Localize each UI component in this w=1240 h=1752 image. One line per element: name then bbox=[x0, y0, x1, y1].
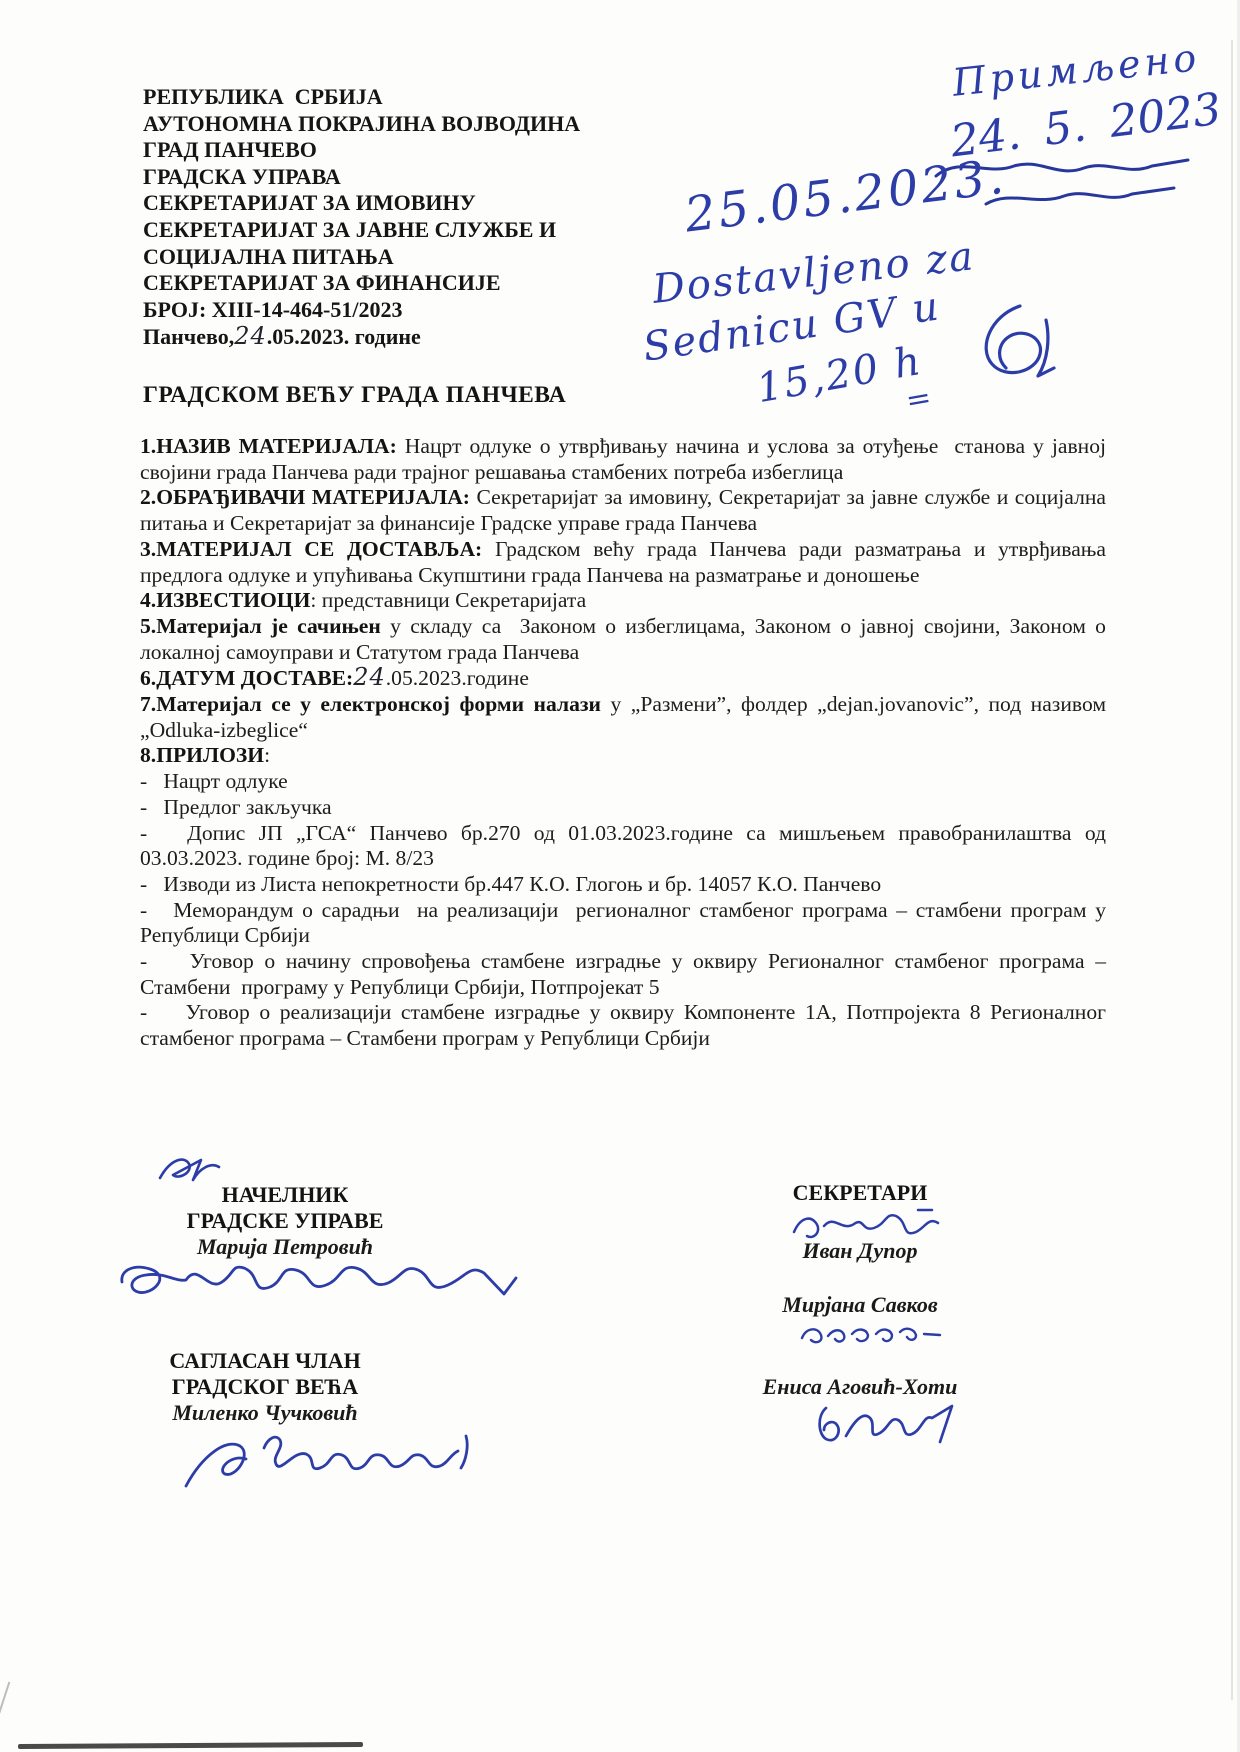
saglasan-title-1: САГЛАСАН ЧЛАН bbox=[130, 1348, 400, 1374]
body-item-7: 7.Материјал се у електронској форми нала… bbox=[140, 692, 1106, 743]
sekretar-name-ivan-dupor: Иван Дупор bbox=[700, 1238, 1020, 1264]
body-item-2: 2.ОБРАЂИВАЧИ МАТЕРИЈАЛА: Секретаријат за… bbox=[140, 485, 1106, 536]
attachment-7: - Уговор о реализацији стамбене изградње… bbox=[140, 1000, 1106, 1051]
attachment-3: - Допис ЈП „ГСА“ Панчево бр.270 од 01.03… bbox=[140, 821, 1106, 872]
signature-mirjana-savkov bbox=[798, 1320, 943, 1350]
scan-corner-line bbox=[0, 1682, 10, 1752]
recipient-heading: ГРАДСКОМ ВЕЋУ ГРАДА ПАНЧЕВА bbox=[143, 382, 566, 409]
item-8-label: 8.ПРИЛОЗИ bbox=[140, 743, 264, 767]
item-8-text: : bbox=[264, 743, 270, 767]
header-line-secretariat-property: СЕКРЕТАРИЈАТ ЗА ИМОВИНУ bbox=[143, 190, 703, 217]
document-body: 1.НАЗИВ МАТЕРИЈАЛА: Нацрт одлуке о утврђ… bbox=[140, 434, 1106, 1052]
body-item-5: 5.Материјал је сачињен у складу са Закон… bbox=[140, 614, 1106, 665]
item-1-label: 1.НАЗИВ МАТЕРИЈАЛА: bbox=[140, 434, 397, 458]
delivery-note-time-underline: = bbox=[903, 380, 934, 419]
attachment-1: - Нацрт одлуке bbox=[140, 769, 1106, 795]
saglasan-title-2: ГРАДСКОГ ВЕЋА bbox=[130, 1374, 400, 1400]
body-item-1: 1.НАЗИВ МАТЕРИЈАЛА: Нацрт одлуке о утврђ… bbox=[140, 434, 1106, 485]
header-line-province: АУТОНОМНА ПОКРАЈИНА ВОЈВОДИНА bbox=[143, 111, 703, 138]
date-suffix: .05.2023. године bbox=[267, 324, 421, 349]
saglasan-name: Миленко Чучковић bbox=[130, 1400, 400, 1426]
sekretar-name-mirjana-savkov: Мирјана Савков bbox=[700, 1292, 1020, 1318]
signature-milenko-cuckovic bbox=[180, 1424, 480, 1502]
item-5-label: 5.Материјал је сачињен bbox=[140, 614, 381, 638]
nacelnik-title-2: ГРАДСКЕ УПРАВЕ bbox=[150, 1208, 420, 1234]
item-7-label: 7.Материјал се у електронској форми нала… bbox=[140, 692, 601, 716]
header-line-secretariat-finance: СЕКРЕТАРИЈАТ ЗА ФИНАНСИЈЕ bbox=[143, 270, 703, 297]
date-prefix: Панчево, bbox=[143, 324, 234, 349]
attachment-2: - Предлог закључка bbox=[140, 795, 1106, 821]
document-number: БРОЈ: XIII-14-464-51/2023 bbox=[143, 297, 703, 324]
signature-block-saglasan-clan: САГЛАСАН ЧЛАН ГРАДСКОГ ВЕЋА Миленко Чучк… bbox=[130, 1348, 400, 1426]
delivery-note-date: 25.05.2023. bbox=[682, 149, 1010, 244]
scan-bottom-smudge bbox=[18, 1742, 363, 1749]
header-line-admin: ГРАДСКА УПРАВА bbox=[143, 164, 703, 191]
body-item-6: 6.ДАТУМ ДОСТАВЕ:24.05.2023.године bbox=[140, 665, 1106, 692]
signature-block-nacelnik: НАЧЕЛНИК ГРАДСКЕ УПРАВЕ Марија Петровић bbox=[150, 1182, 420, 1260]
small-paraph-scribble bbox=[155, 1150, 225, 1188]
item-6-handwritten-day: 24 bbox=[353, 663, 386, 691]
document-date-line: Панчево,24.05.2023. године bbox=[143, 323, 703, 351]
item-4-text: : представници Секретаријата bbox=[310, 588, 586, 612]
document-header: РЕПУБЛИКА СРБИЈА АУТОНОМНА ПОКРАЈИНА ВОЈ… bbox=[143, 84, 703, 351]
item-3-label: 3.МАТЕРИЈАЛ СЕ ДОСТАВЉА: bbox=[140, 537, 482, 561]
attachment-6: - Уговор о начину спровођења стамбене из… bbox=[140, 949, 1106, 1000]
scan-edge-line bbox=[1231, 40, 1233, 1700]
attachment-4: - Изводи из Листа непокретности бр.447 К… bbox=[140, 872, 1106, 898]
header-line-republic: РЕПУБЛИКА СРБИЈА bbox=[143, 84, 703, 111]
item-4-label: 4.ИЗВЕСТИОЦИ bbox=[140, 588, 310, 612]
item-6-text: .05.2023.године bbox=[386, 666, 529, 690]
body-item-8: 8.ПРИЛОЗИ: bbox=[140, 743, 1106, 769]
body-item-3: 3.МАТЕРИЈАЛ СЕ ДОСТАВЉА: Градском већу г… bbox=[140, 537, 1106, 588]
handwritten-day: 24 bbox=[234, 322, 267, 350]
scanned-document-page: РЕПУБЛИКА СРБИЈА АУТОНОМНА ПОКРАЈИНА ВОЈ… bbox=[0, 0, 1240, 1752]
signature-marija-petrovic bbox=[118, 1252, 520, 1314]
item-6-label: 6.ДАТУМ ДОСТАВЕ: bbox=[140, 666, 353, 690]
attachment-5: - Меморандум о сарадњи на реализацији ре… bbox=[140, 898, 1106, 949]
item-2-label: 2.ОБРАЂИВАЧИ МАТЕРИЈАЛА: bbox=[140, 485, 470, 509]
delivery-paraph-initials bbox=[948, 296, 1083, 391]
signature-enisa-agovic-hoti bbox=[812, 1398, 960, 1453]
sekretar-name-enisa-agovic-hoti: Ениса Аговић-Хоти bbox=[700, 1374, 1020, 1400]
header-line-secretariat-public: СЕКРЕТАРИЈАТ ЗА ЈАВНЕ СЛУЖБЕ И bbox=[143, 217, 703, 244]
header-line-social: СОЦИЈАЛНА ПИТАЊА bbox=[143, 244, 703, 271]
header-line-city: ГРАД ПАНЧЕВО bbox=[143, 137, 703, 164]
body-item-4: 4.ИЗВЕСТИОЦИ: представници Секретаријата bbox=[140, 588, 1106, 614]
